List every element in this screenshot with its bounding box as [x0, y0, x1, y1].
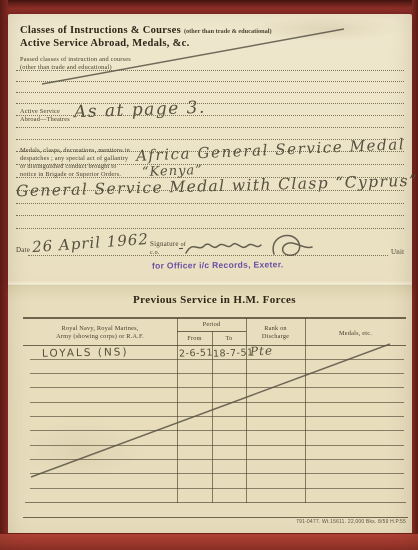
row-from-entry: 2-6-51: [179, 347, 213, 359]
book-cover-left-edge: [0, 0, 8, 550]
writing-rule: [16, 115, 404, 116]
writing-rule: [16, 164, 404, 165]
writing-rule: [16, 177, 404, 178]
col-from-header: From: [177, 335, 212, 343]
heading-text: Classes of Instructions & Courses: [20, 25, 181, 36]
table-header-bottom: [23, 345, 406, 346]
col-service-header-line2: Army (showing corps) or R.A.F.: [23, 333, 177, 341]
table-row-line: [30, 359, 404, 360]
writing-rule: [16, 81, 404, 82]
col-rank-header-line2: Discharge: [246, 333, 305, 341]
records-office-stamp: for Officer i/c Records, Exeter.: [152, 259, 284, 270]
table-column-divider: [305, 318, 306, 503]
writing-rule: [16, 228, 404, 229]
section-heading-line1: Classes of Instructions & Courses (other…: [20, 25, 400, 36]
section-heading-line2: Active Service Abroad, Medals, &c.: [20, 38, 190, 49]
writing-rule: [16, 139, 404, 140]
signature-rule: [28, 255, 388, 256]
service-book-scan: Classes of Instructions & Courses (other…: [0, 0, 418, 550]
printers-code-footer: 791-0477. Wt.15611. 22,000 Bks. 8/59 H.P…: [206, 519, 406, 525]
table-row-line: [30, 430, 404, 431]
writing-rule: [16, 92, 404, 93]
table-row-line: [30, 387, 404, 388]
medals-label-line2: despatches ; any special act of gallantr…: [20, 155, 128, 163]
table-row-line: [30, 473, 404, 474]
table-row-line: [25, 502, 406, 503]
col-medals-header: Medals, etc.: [305, 330, 406, 338]
heading-note: (other than trade & educational): [184, 28, 272, 35]
table-row-line: [30, 373, 404, 374]
previous-service-title: Previous Service in H.M. Forces: [23, 294, 406, 306]
signature-label-text: Signature: [150, 240, 179, 248]
writing-rule: [16, 70, 404, 71]
row-to-entry: 18-7-51: [213, 347, 254, 359]
unit-label: Unit: [391, 248, 404, 256]
table-row-line: [30, 459, 404, 460]
writing-rule: [16, 127, 404, 128]
book-cover-bottom-edge: [0, 533, 418, 550]
passed-classes-label-line1: Passed classes of instruction and course…: [20, 56, 131, 64]
table-row-line: [30, 402, 404, 403]
table-border-bottom: [23, 517, 408, 518]
writing-rule: [16, 215, 404, 216]
table-row-line: [30, 445, 404, 446]
col-service-header-line1: Royal Navy, Royal Marines,: [23, 325, 177, 333]
writing-rule: [16, 151, 404, 152]
date-label: Date: [16, 246, 30, 254]
table-border-top: [23, 317, 406, 319]
table-row-line: [30, 416, 404, 417]
col-period-header: Period: [177, 321, 246, 329]
table-column-divider: [246, 318, 247, 503]
book-cover-right-edge: [412, 0, 418, 550]
table-column-divider: [177, 318, 178, 503]
writing-rule: [16, 103, 404, 104]
col-to-header: To: [212, 335, 246, 343]
table-column-divider: [212, 331, 213, 503]
col-rank-header-line1: Rank on: [246, 325, 305, 333]
table-row-line: [30, 488, 404, 489]
writing-rule: [16, 203, 404, 204]
writing-rule: [16, 190, 404, 191]
active-service-label-line2: Abroad—Theatres: [20, 116, 70, 124]
row-service-entry: LOYALS (NS): [42, 346, 129, 360]
